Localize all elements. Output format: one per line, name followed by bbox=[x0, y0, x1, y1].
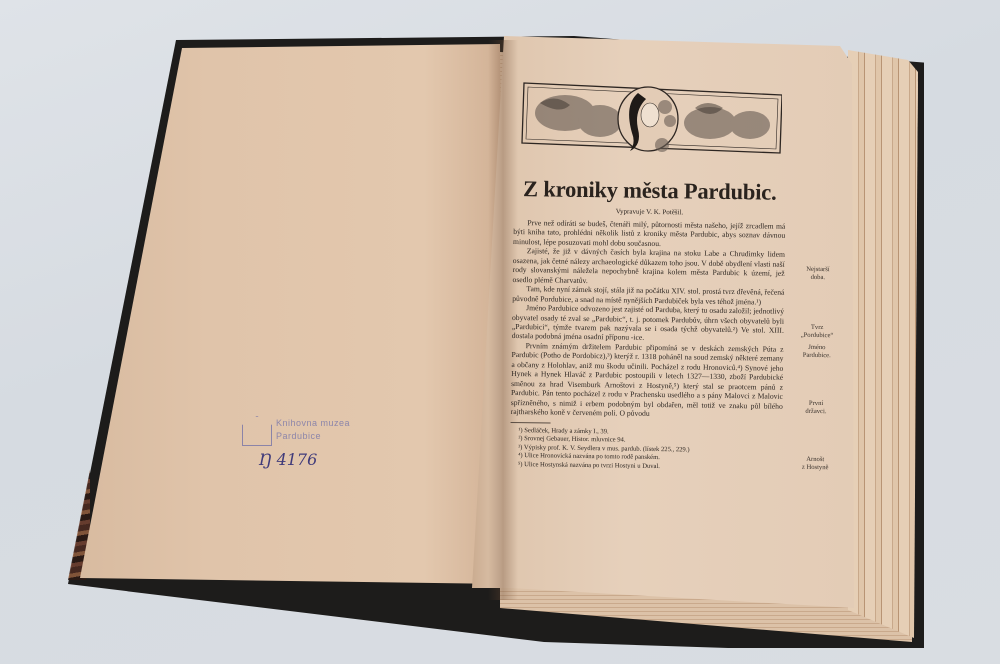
paragraph: Prvním známým držitelem Pardubic připomí… bbox=[511, 341, 784, 420]
paragraph: Jméno Pardubice odvozeno jest zajisté od… bbox=[512, 303, 785, 345]
article-byline: Vypravuje V. K. Potěšil. bbox=[513, 206, 785, 218]
book-photo: Knihovna muzea Pardubice Ŋ 4176 Z kronik… bbox=[0, 0, 1000, 664]
article: Z kroniky města Pardubic. Vypravuje V. K… bbox=[510, 176, 786, 473]
stamp-signature: Ŋ 4176 bbox=[258, 450, 317, 469]
library-stamp: Knihovna muzea Pardubice Ŋ 4176 bbox=[240, 414, 360, 474]
article-title: Z kroniky města Pardubic. bbox=[514, 176, 786, 206]
footnote-divider bbox=[511, 421, 551, 423]
margin-notes: Nejstarší doba. Tvrz „Pordubice“ Jméno P… bbox=[782, 265, 854, 266]
footnotes: ¹) Sedláček, Hrady a zámky I., 39. ²) Sr… bbox=[510, 426, 783, 473]
article-body: Prve než odíráti se budeš, čtenáři milý,… bbox=[511, 218, 786, 420]
marbled-spine-edge bbox=[68, 40, 90, 580]
stamp-line-2: Pardubice bbox=[276, 431, 321, 441]
stamp-house-icon bbox=[242, 416, 272, 446]
margin-note: Tvrz „Pordubice“ bbox=[781, 323, 853, 340]
margin-note: První državci. bbox=[780, 399, 852, 416]
left-page bbox=[80, 38, 510, 594]
margin-note: Nejstarší doba. bbox=[782, 265, 854, 282]
page-fore-edge bbox=[848, 50, 922, 640]
margin-note: Arnošt z Hostyně bbox=[779, 455, 851, 472]
ornament-header-icon bbox=[520, 73, 782, 163]
paragraph: Zajisté, že již v dávných časích byla kr… bbox=[512, 246, 785, 288]
margin-note: Jméno Pardubice. bbox=[781, 343, 853, 360]
paragraph: Prve než odíráti se budeš, čtenáři milý,… bbox=[513, 218, 785, 250]
stamp-line-1: Knihovna muzea bbox=[276, 418, 350, 428]
